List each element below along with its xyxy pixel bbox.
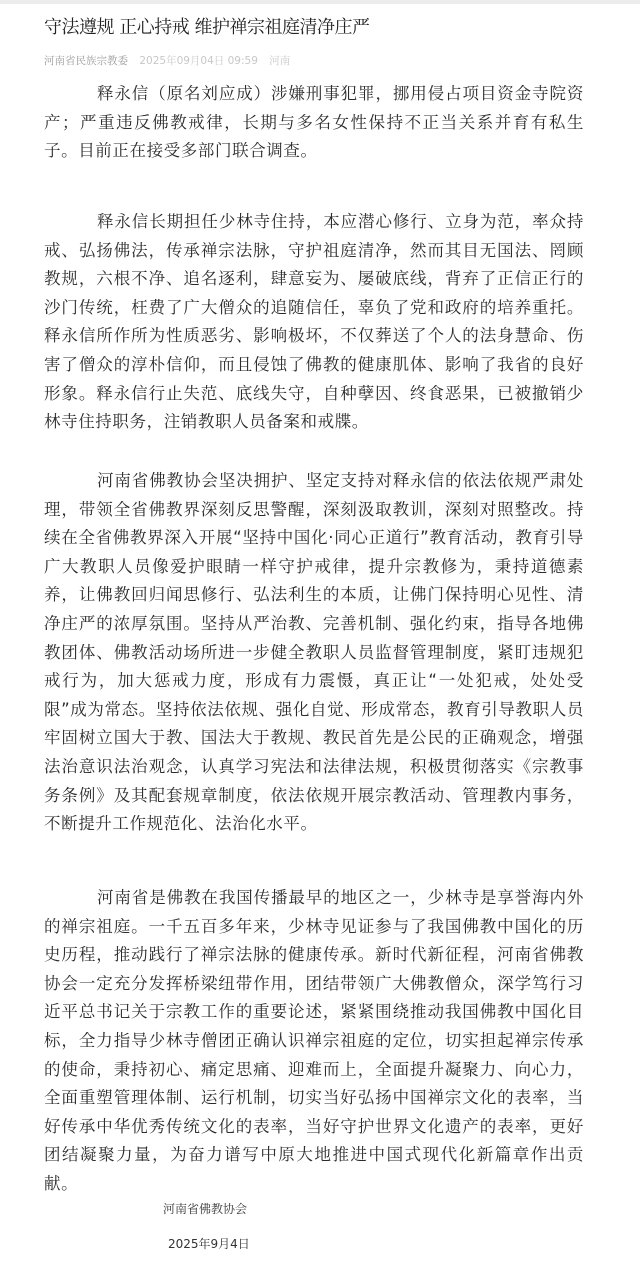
paragraph-4: 河南省是佛教在我国传播最早的地区之一，少林寺是享誉海内外的禅宗祖庭。一千五百多年… [44, 884, 584, 1199]
meta-source[interactable]: 河南省民族宗教委 [44, 55, 128, 67]
paragraph-2: 释永信长期担任少林寺住持，本应潜心修行、立身为范，率众持戒、弘扬佛法，传承禅宗法… [44, 208, 584, 437]
meta-datetime: 2025年09月04日 09:59 [139, 55, 258, 67]
article-title: 守法遵规 正心持戒 维护禅宗祖庭清净庄严 [44, 16, 369, 40]
article-meta: 河南省民族宗教委 2025年09月04日 09:59 河南 [44, 54, 290, 68]
meta-location: 河南 [269, 55, 290, 67]
paragraph-3: 河南省佛教协会坚决拥护、坚定支持对释永信的依法依规严肃处理，带领全省佛教界深刻反… [44, 467, 584, 839]
paragraph-1: 释永信（原名刘应成）涉嫌刑事犯罪，挪用侵占项目资金寺院资产；严重违反佛教戒律，长… [44, 80, 584, 166]
signature-date: 2025年9月4日 [168, 1236, 250, 1252]
top-divider [0, 0, 640, 4]
signature-organization: 河南省佛教协会 [163, 1201, 247, 1217]
